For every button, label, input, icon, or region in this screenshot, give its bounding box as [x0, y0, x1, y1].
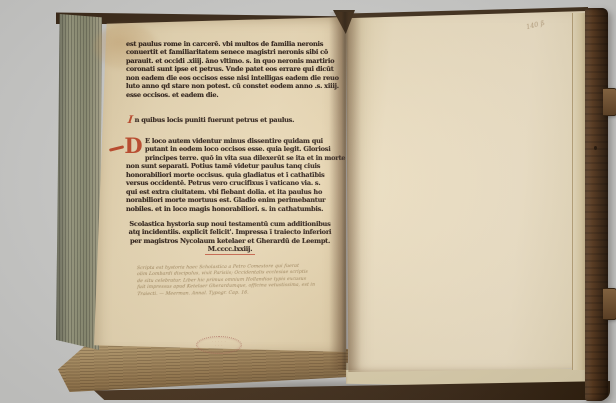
colophon-date: M.cccc.lxxiij.	[205, 245, 256, 255]
text-line: luto anno qd stare non potest. cū conste…	[126, 82, 334, 90]
fore-edge-page-stack	[56, 14, 102, 350]
text-line: coronati sunt ipse et petrus. Vnde patet…	[126, 65, 334, 73]
cover-board-right	[585, 8, 608, 401]
right-page	[346, 11, 586, 372]
text-line: esse occisos. et eadem die.	[126, 91, 334, 99]
text-line: putant in eodem loco occisos esse. quia …	[126, 145, 334, 153]
rubric-heading: In quibus locis puniti fuerunt petrus et…	[128, 116, 336, 124]
handwritten-note: Scripta est hystoria haec Scholastica a …	[137, 264, 309, 298]
rubric-initial: I	[127, 117, 134, 123]
colophon: Scolastica hystoria sup noui testamentū …	[126, 220, 334, 255]
text-line: qui est extra ciuitatem. vbi fiebant dol…	[126, 188, 334, 196]
rubric-text: n quibus locis puniti fuerunt petrus et …	[135, 116, 295, 124]
colophon-line: atq incidentiis. explicit felicit'. Impr…	[126, 228, 334, 236]
stamp-text: · · ·	[215, 345, 223, 349]
board-nail-hole	[594, 146, 597, 150]
clasp-strap-bottom	[603, 288, 616, 320]
text-line: norabiliori morte mortuus est. Gladio en…	[126, 196, 334, 204]
text-line: versus occidentē. Petrus vero crucifixus…	[126, 179, 334, 187]
text-line: nobiles. et in loco magis honorabiliori.…	[126, 205, 334, 213]
text-line: conuertit et familiaritatem senece magis…	[126, 48, 334, 56]
lombard-initial-D: D	[124, 138, 143, 154]
book-photograph: est paulus rome in carcerē. vbi multos d…	[0, 0, 616, 403]
paragraph-2: D E loco autem videntur minus dissentire…	[126, 137, 334, 213]
text-line: non sunt separati. Potius tamē videtur p…	[126, 162, 334, 170]
library-stamp: · · · · · · · ·	[196, 336, 242, 354]
printed-text-block: est paulus rome in carcerē. vbi multos d…	[126, 40, 334, 260]
clasp-strap-top	[603, 88, 616, 116]
text-line: honorabiliori morte occisus. quia gladia…	[126, 171, 334, 179]
text-line: non eadem die eos occisos esse nisi inte…	[126, 74, 334, 82]
paragraph-1: est paulus rome in carcerē. vbi multos d…	[126, 40, 334, 99]
